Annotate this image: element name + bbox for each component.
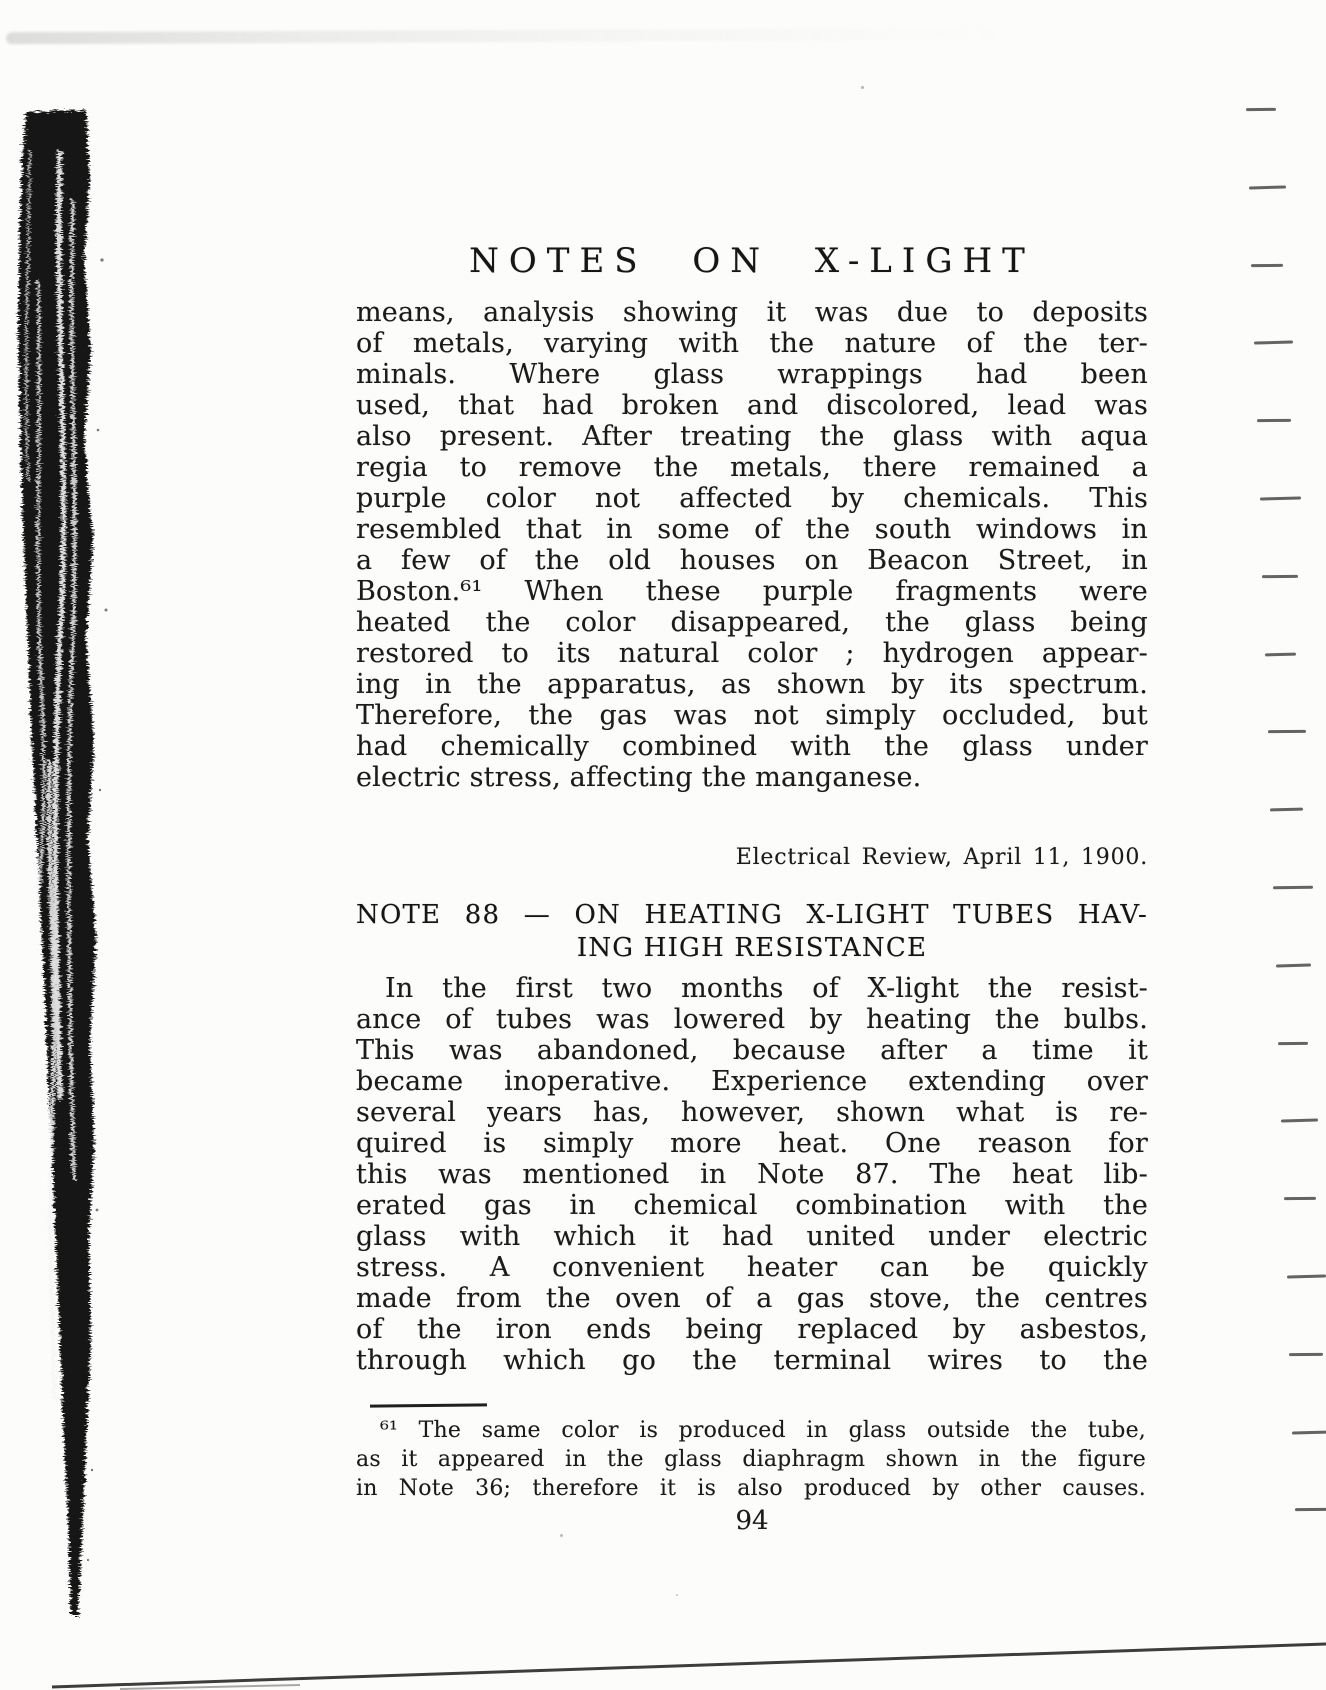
facing-page-edge-mark xyxy=(1268,730,1306,733)
facing-page-edge-mark xyxy=(1265,652,1296,656)
facing-page-edge-mark xyxy=(1270,808,1303,812)
text-line: made from the oven of a gas stove, the c… xyxy=(356,1283,1148,1314)
text-line: purple color not affected by chemicals. … xyxy=(356,483,1148,514)
note-heading-line-1: NOTE 88 — ON HEATING X-LIGHT TUBES HAV- xyxy=(356,899,1148,932)
text-line: regia to remove the metals, there remain… xyxy=(356,452,1148,483)
source-citation: Electrical Review, April 11, 1900. xyxy=(356,845,1148,870)
text-line: a few of the old houses on Beacon Street… xyxy=(356,545,1148,576)
facing-page-edge-mark xyxy=(1292,1430,1326,1434)
scan-speck xyxy=(676,1594,678,1596)
facing-page-edge-mark xyxy=(1278,1041,1308,1044)
facing-page-edge-mark xyxy=(1251,263,1283,266)
text-line: of metals, varying with the nature of th… xyxy=(356,328,1148,359)
text-line: This was abandoned, because after a time… xyxy=(356,1035,1148,1066)
facing-page-edge-mark xyxy=(1295,1508,1326,1511)
text-line: heated the color disappeared, the glass … xyxy=(356,607,1148,638)
text-line: through which go the terminal wires to t… xyxy=(356,1345,1148,1376)
facing-page-edge-mark xyxy=(1259,496,1300,500)
facing-page-edge-mark xyxy=(1273,886,1313,889)
text-line: resembled that in some of the south wind… xyxy=(356,514,1148,545)
note-heading: NOTE 88 — ON HEATING X-LIGHT TUBES HAV- … xyxy=(356,899,1148,965)
text-line: ance of tubes was lowered by heating the… xyxy=(356,1004,1148,1035)
text-line: glass with which it had united under ele… xyxy=(356,1221,1148,1252)
text-line: this was mentioned in Note 87. The heat … xyxy=(356,1159,1148,1190)
footnote: ⁶¹ The same color is produced in glass o… xyxy=(356,1416,1146,1503)
text-line: of the iron ends being replaced by asbes… xyxy=(356,1314,1148,1345)
page-bottom-edge xyxy=(0,1630,1326,1690)
scan-speck xyxy=(861,86,864,89)
facing-page-edge-mark xyxy=(1257,419,1291,422)
text-line: ⁶¹ The same color is produced in glass o… xyxy=(356,1416,1146,1445)
facing-page-edge-mark xyxy=(1249,185,1286,189)
text-line: electric stress, affecting the manganese… xyxy=(356,762,1148,793)
footnote-separator xyxy=(370,1403,487,1407)
facing-page-edge-mark xyxy=(1281,1119,1318,1123)
facing-page-edge-mark xyxy=(1276,963,1311,967)
text-line: In the first two months of X-light the r… xyxy=(356,973,1148,1004)
text-line: used, that had broken and discolored, le… xyxy=(356,390,1148,421)
text-line: ing in the apparatus, as shown by its sp… xyxy=(356,669,1148,700)
page-number: 94 xyxy=(356,1506,1148,1536)
text-line: as it appeared in the glass diaphragm sh… xyxy=(356,1445,1146,1474)
facing-page-edge-mark xyxy=(1254,341,1293,345)
facing-page-edge-mark xyxy=(1262,575,1298,578)
binding-shadow-artifact xyxy=(0,0,130,1690)
facing-page-edge-mark xyxy=(1246,108,1276,111)
text-line: Boston.⁶¹ When these purple fragments we… xyxy=(356,576,1148,607)
text-line: in Note 36; therefore it is also produce… xyxy=(356,1474,1146,1503)
text-line: several years has, however, shown what i… xyxy=(356,1097,1148,1128)
body-paragraph-2: In the first two months of X-light the r… xyxy=(356,973,1148,1376)
facing-page-edge-mark xyxy=(1289,1353,1323,1356)
text-line: became inoperative. Experience extending… xyxy=(356,1066,1148,1097)
text-line: also present. After treating the glass w… xyxy=(356,421,1148,452)
text-line: minals. Where glass wrappings had been xyxy=(356,359,1148,390)
body-paragraph-1: means, analysis showing it was due to de… xyxy=(356,297,1148,793)
text-line: means, analysis showing it was due to de… xyxy=(356,297,1148,328)
text-line: restored to its natural color ; hydrogen… xyxy=(356,638,1148,669)
text-line: quired is simply more heat. One reason f… xyxy=(356,1128,1148,1159)
text-line: stress. A convenient heater can be quick… xyxy=(356,1252,1148,1283)
text-line: Therefore, the gas was not simply occlud… xyxy=(356,700,1148,731)
facing-page-edge-mark xyxy=(1284,1197,1316,1200)
text-line: had chemically combined with the glass u… xyxy=(356,731,1148,762)
page-title: NOTES ON X-LIGHT xyxy=(356,241,1148,281)
note-heading-line-2: ING HIGH RESISTANCE xyxy=(356,932,1148,965)
text-line: erated gas in chemical combination with … xyxy=(356,1190,1148,1221)
scan-smudge xyxy=(6,28,1016,44)
facing-page-edge-mark xyxy=(1286,1274,1325,1278)
